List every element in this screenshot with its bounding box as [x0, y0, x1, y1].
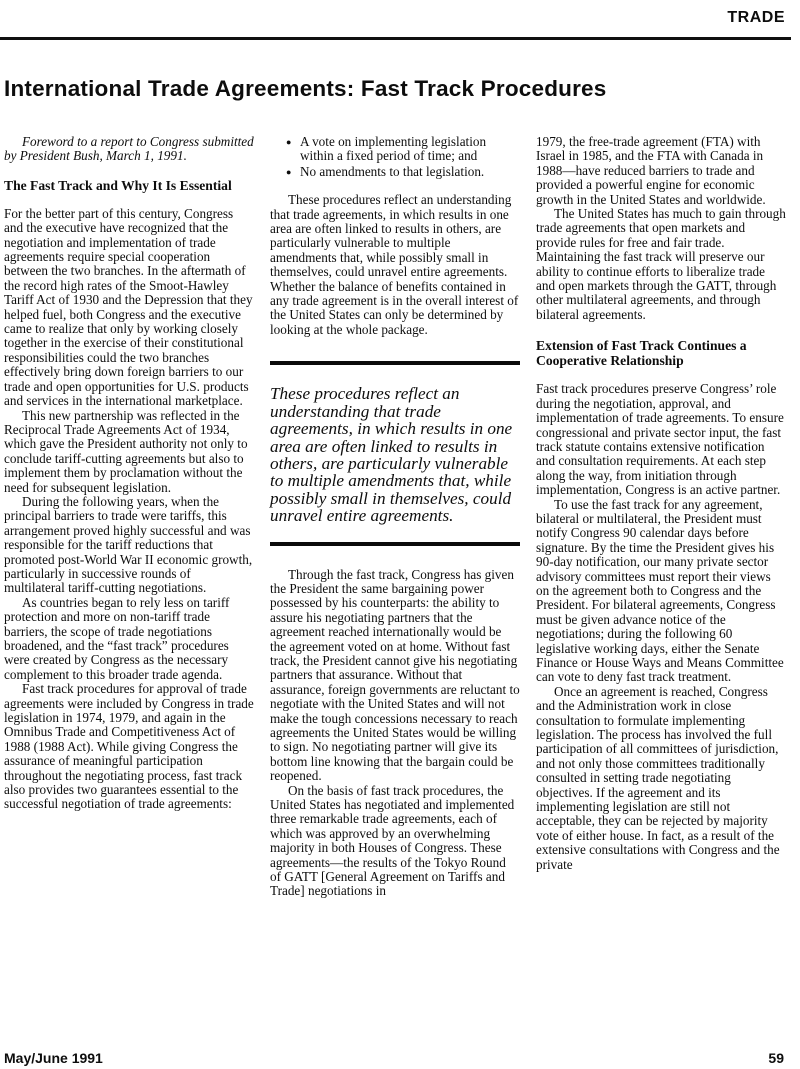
- pull-quote-text: These procedures reflect an understandin…: [270, 385, 520, 524]
- list-item-text: A vote on implementing legislation withi…: [300, 134, 486, 163]
- column-3: 1979, the free-trade agreement (FTA) wit…: [536, 135, 786, 1050]
- paragraph: To use the fast track for any agreement,…: [536, 498, 786, 685]
- document-page: TRADE International Trade Agreements: Fa…: [0, 0, 800, 1069]
- paragraph: During the following years, when the pri…: [4, 495, 254, 596]
- bullet-icon: ●: [286, 165, 291, 179]
- paragraph: As countries began to rely less on tarif…: [4, 596, 254, 682]
- paragraph: On the basis of fast track procedures, t…: [270, 784, 520, 899]
- paragraph: Once an agreement is reached, Congress a…: [536, 685, 786, 872]
- paragraph: Through the fast track, Congress has giv…: [270, 568, 520, 784]
- paragraph: For the better part of this century, Con…: [4, 207, 254, 409]
- bullet-icon: ●: [286, 135, 291, 149]
- footer-page-number: 59: [768, 1050, 784, 1066]
- column-1: Foreword to a report to Congress submitt…: [4, 135, 254, 1050]
- paragraph: Fast track procedures preserve Congress’…: [536, 382, 786, 497]
- column-2: ● A vote on implementing legislation wit…: [270, 135, 520, 1050]
- subhead-extension-cooperative: Extension of Fast Track Continues a Coop…: [536, 338, 786, 368]
- pull-quote: These procedures reflect an understandin…: [270, 361, 520, 545]
- column-layout: Foreword to a report to Congress submitt…: [4, 135, 785, 1050]
- paragraph: Fast track procedures for approval of tr…: [4, 682, 254, 812]
- paragraph: The United States has much to gain throu…: [536, 207, 786, 322]
- footer-issue-date: May/June 1991: [4, 1050, 103, 1066]
- guarantees-list: ● A vote on implementing legislation wit…: [270, 135, 520, 179]
- list-item: ● No amendments to that legislation.: [286, 165, 520, 179]
- article-title: International Trade Agreements: Fast Tra…: [4, 76, 606, 102]
- list-item-text: No amendments to that legislation.: [300, 164, 484, 179]
- foreword-note: Foreword to a report to Congress submitt…: [4, 135, 254, 164]
- section-kicker: TRADE: [727, 9, 785, 27]
- header-rule: [0, 37, 791, 40]
- paragraph: 1979, the free-trade agreement (FTA) wit…: [536, 135, 786, 207]
- paragraph: This new partnership was reflected in th…: [4, 409, 254, 495]
- list-item: ● A vote on implementing legislation wit…: [286, 135, 520, 164]
- subhead-fast-track-essential: The Fast Track and Why It Is Essential: [4, 178, 254, 193]
- paragraph: These procedures reflect an understandin…: [270, 193, 520, 337]
